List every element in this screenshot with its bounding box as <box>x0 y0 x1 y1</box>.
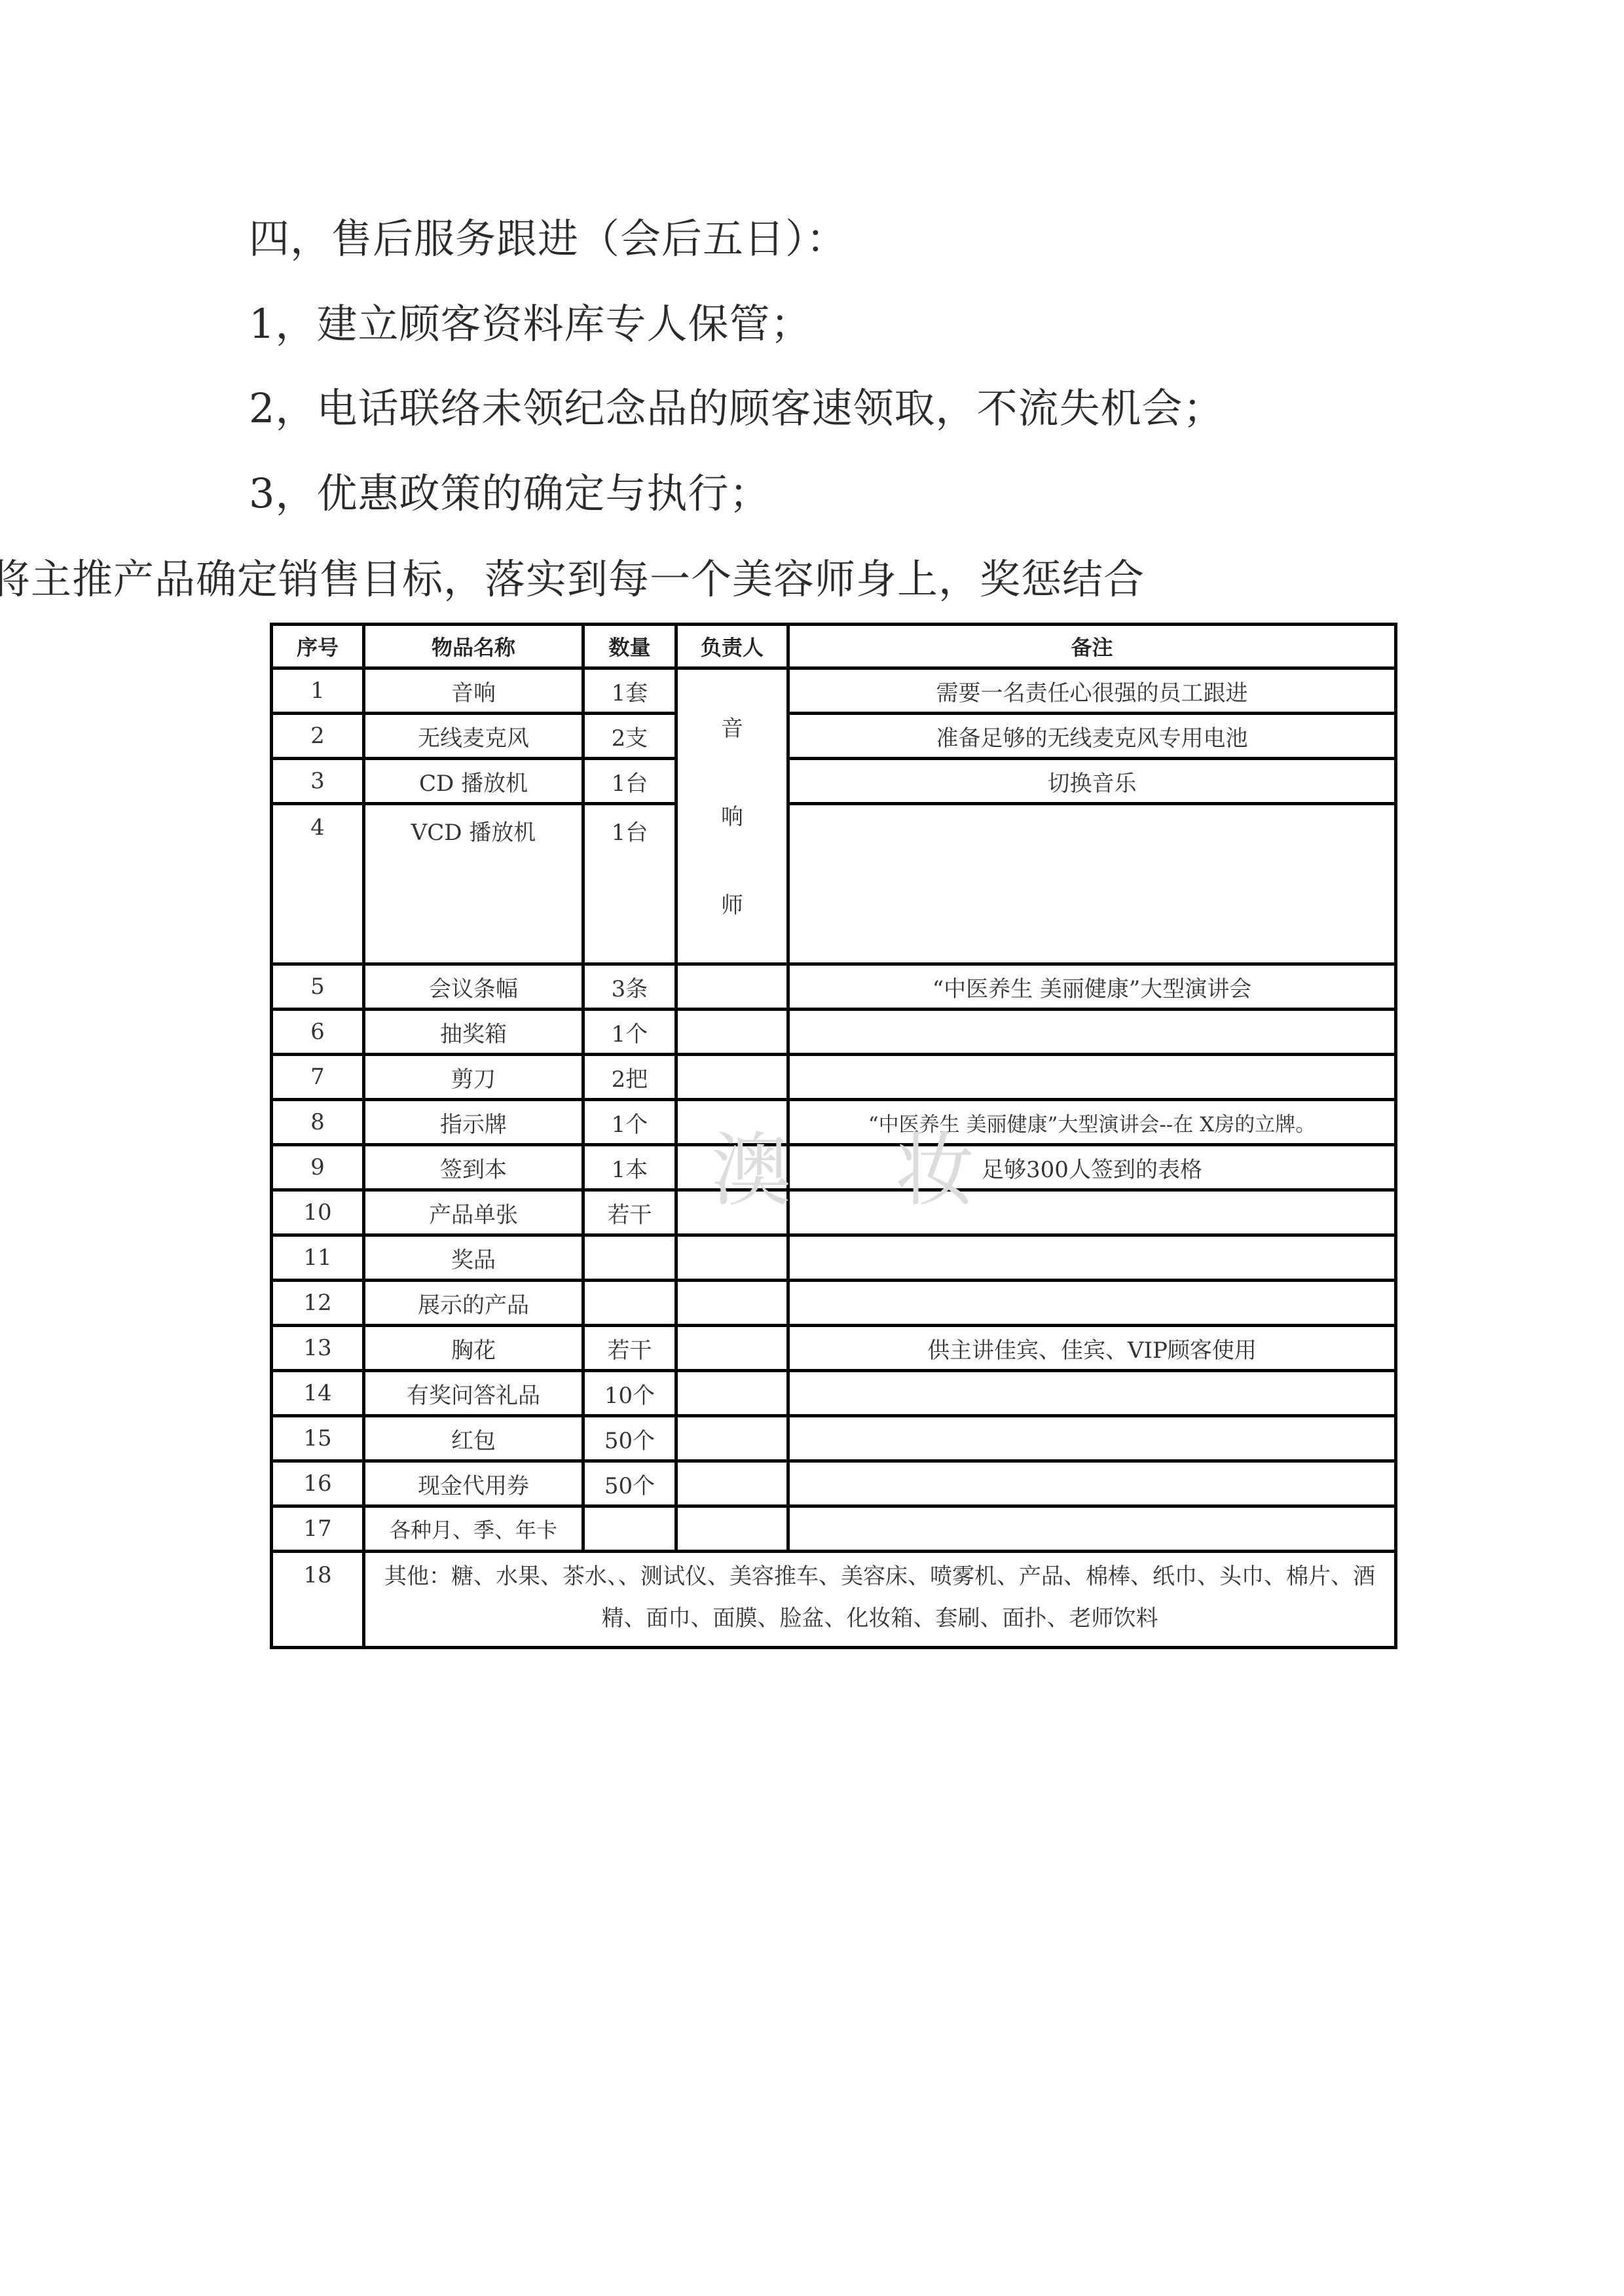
list-item-1: 1，建立顾客资料库专人保管； <box>249 304 811 344</box>
cell-no: 14 <box>272 1371 364 1416</box>
table-row: 2 无线麦克风 2支 准备足够的无线麦克风专用电池 <box>272 714 1396 759</box>
cell-item: 奖品 <box>364 1235 583 1281</box>
cell-note <box>788 1235 1396 1281</box>
cell-no: 2 <box>272 714 364 759</box>
cell-item: VCD 播放机 <box>364 804 583 964</box>
cell-no: 18 <box>272 1552 364 1648</box>
cell-owner <box>676 1145 788 1190</box>
cell-owner <box>676 1416 788 1461</box>
cell-note: 足够300人签到的表格 <box>788 1145 1396 1190</box>
header-item: 物品名称 <box>364 625 583 668</box>
cell-owner <box>676 1100 788 1145</box>
cell-no: 16 <box>272 1461 364 1506</box>
cell-note <box>788 1461 1396 1506</box>
owner-char-2: 响 <box>721 804 743 830</box>
cell-item: 产品单张 <box>364 1190 583 1235</box>
cell-no: 12 <box>272 1281 364 1326</box>
table-row: 17 各种月、季、年卡 <box>272 1506 1396 1552</box>
table-row: 16 现金代用券 50个 <box>272 1461 1396 1506</box>
cell-no: 9 <box>272 1145 364 1190</box>
cell-qty: 2把 <box>583 1055 676 1100</box>
cell-item: 指示牌 <box>364 1100 583 1145</box>
cell-qty: 10个 <box>583 1371 676 1416</box>
cell-owner <box>676 1190 788 1235</box>
cell-no: 17 <box>272 1506 364 1552</box>
cell-qty <box>583 1506 676 1552</box>
cell-no: 7 <box>272 1055 364 1100</box>
cell-note <box>788 1055 1396 1100</box>
cell-owner <box>676 1010 788 1055</box>
table-row: 4 VCD 播放机 1台 <box>272 804 1396 964</box>
cell-item: 剪刀 <box>364 1055 583 1100</box>
supplies-table: 序号 物品名称 数量 负责人 备注 1 音响 1套 音 响 师 需要一名责任心很… <box>270 623 1397 1649</box>
cell-owner <box>676 1055 788 1100</box>
cell-item: 展示的产品 <box>364 1281 583 1326</box>
cell-qty: 50个 <box>583 1416 676 1461</box>
cell-item: CD 播放机 <box>364 759 583 804</box>
table-row: 9 签到本 1本 足够300人签到的表格 <box>272 1145 1396 1190</box>
cell-qty: 50个 <box>583 1461 676 1506</box>
table-row: 1 音响 1套 音 响 师 需要一名责任心很强的员工跟进 <box>272 668 1396 714</box>
cell-item: 胸花 <box>364 1326 583 1371</box>
cell-no: 10 <box>272 1190 364 1235</box>
cell-no: 1 <box>272 668 364 714</box>
cell-owner <box>676 964 788 1010</box>
table-row: 12 展示的产品 <box>272 1281 1396 1326</box>
cell-item: 有奖问答礼品 <box>364 1371 583 1416</box>
cell-qty <box>583 1281 676 1326</box>
cell-note: 供主讲佳宾、佳宾、VIP顾客使用 <box>788 1326 1396 1371</box>
cell-owner <box>676 1281 788 1326</box>
cell-item: 现金代用券 <box>364 1461 583 1506</box>
section-heading: 四，售后服务跟进（会后五日）： <box>249 219 847 259</box>
table-row: 6 抽奖箱 1个 <box>272 1010 1396 1055</box>
cell-no: 11 <box>272 1235 364 1281</box>
cell-owner <box>676 1371 788 1416</box>
table-row: 3 CD 播放机 1台 切换音乐 <box>272 759 1396 804</box>
cell-item: 红包 <box>364 1416 583 1461</box>
cell-note <box>788 1190 1396 1235</box>
cell-note: 需要一名责任心很强的员工跟进 <box>788 668 1396 714</box>
header-note: 备注 <box>788 625 1396 668</box>
cell-item: 无线麦克风 <box>364 714 583 759</box>
cell-no: 13 <box>272 1326 364 1371</box>
cell-item: 会议条幅 <box>364 964 583 1010</box>
cell-no: 15 <box>272 1416 364 1461</box>
table-row: 11 奖品 <box>272 1235 1396 1281</box>
cell-note: 准备足够的无线麦克风专用电池 <box>788 714 1396 759</box>
cell-qty: 若干 <box>583 1326 676 1371</box>
overflow-paragraph-line: 将主推产品确定销售目标，落实到每一个美容师身上，奖惩结合 <box>0 559 1145 600</box>
table-row: 10 产品单张 若干 <box>272 1190 1396 1235</box>
cell-owner <box>676 1326 788 1371</box>
cell-note <box>788 1371 1396 1416</box>
cell-other-items: 其他：糖、水果、茶水、、测试仪、美容推车、美容床、喷雾机、产品、棉棒、纸巾、头巾… <box>364 1552 1396 1648</box>
cell-note: 切换音乐 <box>788 759 1396 804</box>
cell-note <box>788 1281 1396 1326</box>
cell-item: 各种月、季、年卡 <box>364 1506 583 1552</box>
table-row: 8 指示牌 1个 “中医养生 美丽健康”大型演讲会--在 X房的立牌。 <box>272 1100 1396 1145</box>
cell-qty: 1个 <box>583 1100 676 1145</box>
cell-owner <box>676 1235 788 1281</box>
header-owner: 负责人 <box>676 625 788 668</box>
cell-qty: 1台 <box>583 759 676 804</box>
cell-item: 抽奖箱 <box>364 1010 583 1055</box>
cell-no: 5 <box>272 964 364 1010</box>
header-no: 序号 <box>272 625 364 668</box>
cell-no: 6 <box>272 1010 364 1055</box>
table-row: 7 剪刀 2把 <box>272 1055 1396 1100</box>
cell-qty: 3条 <box>583 964 676 1010</box>
cell-no: 4 <box>272 804 364 964</box>
owner-char-3: 师 <box>721 892 743 919</box>
cell-no: 3 <box>272 759 364 804</box>
other-items-text: 其他：糖、水果、茶水、、测试仪、美容推车、美容床、喷雾机、产品、棉棒、纸巾、头巾… <box>365 1553 1394 1642</box>
cell-no: 8 <box>272 1100 364 1145</box>
cell-qty: 1套 <box>583 668 676 714</box>
cell-note <box>788 804 1396 964</box>
owner-char-1: 音 <box>721 716 743 742</box>
cell-note <box>788 1506 1396 1552</box>
cell-item: 音响 <box>364 668 583 714</box>
cell-qty: 若干 <box>583 1190 676 1235</box>
cell-qty: 2支 <box>583 714 676 759</box>
cell-qty: 1台 <box>583 804 676 964</box>
cell-qty <box>583 1235 676 1281</box>
header-qty: 数量 <box>583 625 676 668</box>
cell-qty: 1本 <box>583 1145 676 1190</box>
cell-note <box>788 1416 1396 1461</box>
cell-owner-merged: 音 响 师 <box>676 668 788 964</box>
table-row: 5 会议条幅 3条 “中医养生 美丽健康”大型演讲会 <box>272 964 1396 1010</box>
cell-note <box>788 1010 1396 1055</box>
table-row: 15 红包 50个 <box>272 1416 1396 1461</box>
cell-owner <box>676 1461 788 1506</box>
cell-note: “中医养生 美丽健康”大型演讲会 <box>788 964 1396 1010</box>
table-header-row: 序号 物品名称 数量 负责人 备注 <box>272 625 1396 668</box>
table-row: 13 胸花 若干 供主讲佳宾、佳宾、VIP顾客使用 <box>272 1326 1396 1371</box>
cell-note: “中医养生 美丽健康”大型演讲会--在 X房的立牌。 <box>788 1100 1396 1145</box>
table-row: 14 有奖问答礼品 10个 <box>272 1371 1396 1416</box>
list-item-3: 3，优惠政策的确定与执行； <box>249 473 770 514</box>
cell-item: 签到本 <box>364 1145 583 1190</box>
table-row-other: 18 其他：糖、水果、茶水、、测试仪、美容推车、美容床、喷雾机、产品、棉棒、纸巾… <box>272 1552 1396 1648</box>
cell-owner <box>676 1506 788 1552</box>
cell-qty: 1个 <box>583 1010 676 1055</box>
list-item-2: 2，电话联络未领纪念品的顾客速领取，不流失机会； <box>249 388 1224 429</box>
